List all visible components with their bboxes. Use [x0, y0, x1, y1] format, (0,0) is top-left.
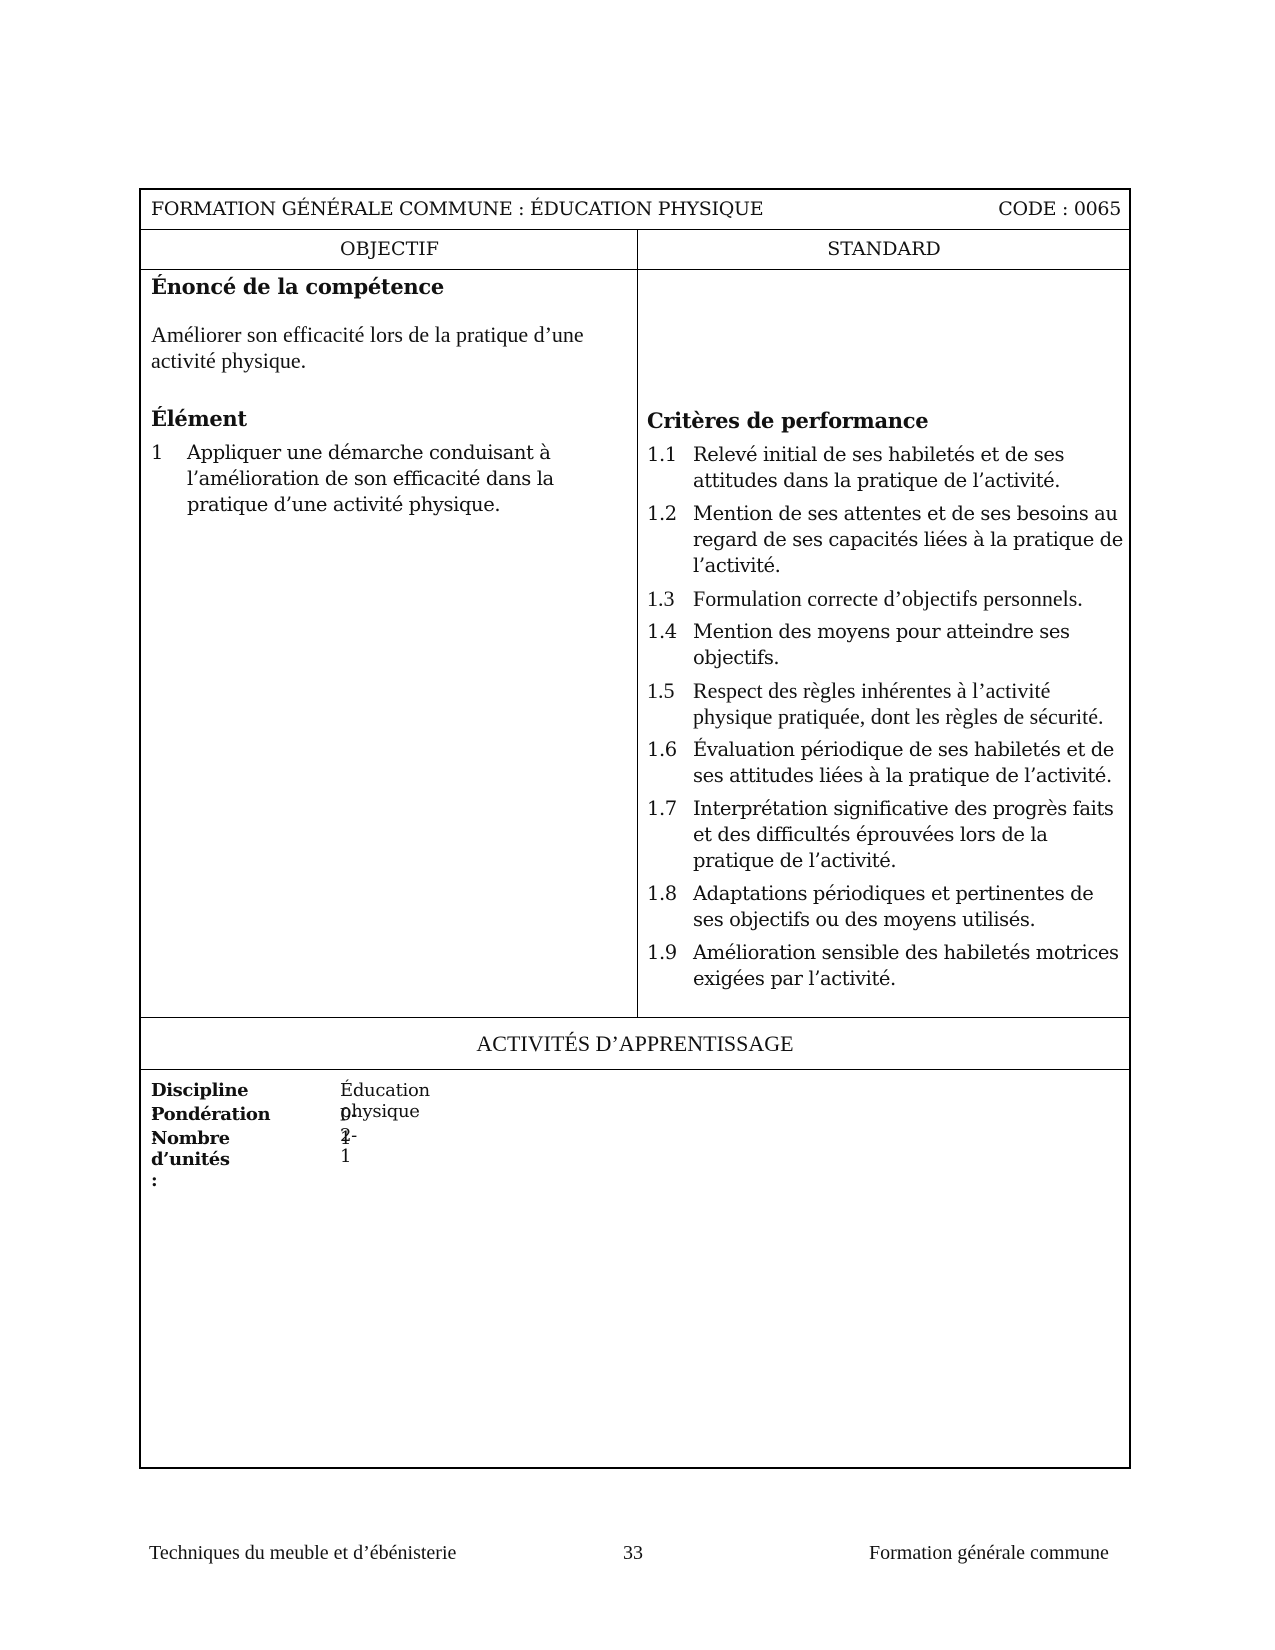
critere-item: 1.5Respect des règles inhérentes à l’act… — [647, 678, 1127, 730]
critere-number: 1.4 — [647, 619, 677, 645]
enonce-heading: Énoncé de la compétence — [151, 274, 444, 299]
critere-text: Adaptations périodiques et pertinentes d… — [693, 882, 1093, 931]
critere-text: Évaluation périodique de ses habiletés e… — [693, 738, 1114, 787]
critere-item: 1.4Mention des moyens pour atteindre ses… — [647, 619, 1127, 671]
criteres-list: 1.1Relevé initial de ses habiletés et de… — [647, 442, 1127, 999]
critere-number: 1.7 — [647, 796, 677, 822]
element-number: 1 — [151, 440, 163, 466]
critere-number: 1.8 — [647, 881, 677, 907]
critere-text: Respect des règles inhérentes à l’activi… — [693, 678, 1104, 729]
info-label: Nombre d’unités : — [151, 1128, 230, 1191]
column-header-standard: STANDARD — [639, 238, 1129, 260]
critere-text: Relevé initial de ses habiletés et de se… — [693, 443, 1064, 492]
critere-text: Interprétation significative des progrès… — [693, 797, 1114, 872]
critere-item: 1.3Formulation correcte d’objectifs pers… — [647, 586, 1127, 612]
enonce-text: Améliorer son efficacité lors de la prat… — [151, 322, 621, 374]
critere-text: Mention de ses attentes et de ses besoin… — [693, 502, 1123, 577]
critere-number: 1.9 — [647, 940, 677, 966]
competency-table: FORMATION GÉNÉRALE COMMUNE : ÉDUCATION P… — [139, 188, 1131, 1469]
table-title: FORMATION GÉNÉRALE COMMUNE : ÉDUCATION P… — [151, 198, 763, 220]
critere-item: 1.7Interprétation significative des prog… — [647, 796, 1127, 874]
element-heading: Élément — [151, 406, 247, 431]
section-divider — [141, 1017, 1129, 1018]
column-header-row: OBJECTIF STANDARD — [141, 230, 1129, 270]
info-value: 1 — [340, 1128, 351, 1149]
critere-text: Amélioration sensible des habiletés motr… — [693, 941, 1119, 990]
footer-section: Formation générale commune — [869, 1542, 1109, 1565]
column-divider — [637, 230, 638, 1018]
course-code: CODE : 0065 — [998, 198, 1121, 220]
critere-text: Mention des moyens pour atteindre ses ob… — [693, 620, 1070, 669]
element-text: Appliquer une démarche conduisant à l’am… — [187, 440, 607, 518]
column-header-objectif: OBJECTIF — [141, 238, 638, 260]
title-row: FORMATION GÉNÉRALE COMMUNE : ÉDUCATION P… — [141, 190, 1129, 230]
critere-number: 1.3 — [647, 586, 675, 612]
critere-number: 1.1 — [647, 442, 677, 468]
critere-number: 1.2 — [647, 501, 677, 527]
critere-item: 1.2Mention de ses attentes et de ses bes… — [647, 501, 1127, 579]
activites-heading: ACTIVITÉS D’APPRENTISSAGE — [141, 1019, 1129, 1070]
critere-item: 1.9Amélioration sensible des habiletés m… — [647, 940, 1127, 992]
critere-text: Formulation correcte d’objectifs personn… — [693, 586, 1083, 611]
critere-item: 1.8Adaptations périodiques et pertinente… — [647, 881, 1127, 933]
footer-page-number: 33 — [623, 1542, 643, 1565]
critere-item: 1.1Relevé initial de ses habiletés et de… — [647, 442, 1127, 494]
criteres-heading: Critères de performance — [647, 408, 928, 433]
footer-program: Techniques du meuble et d’ébénisterie — [149, 1542, 456, 1565]
critere-number: 1.6 — [647, 737, 677, 763]
critere-item: 1.6Évaluation périodique de ses habileté… — [647, 737, 1127, 789]
critere-number: 1.5 — [647, 678, 675, 704]
